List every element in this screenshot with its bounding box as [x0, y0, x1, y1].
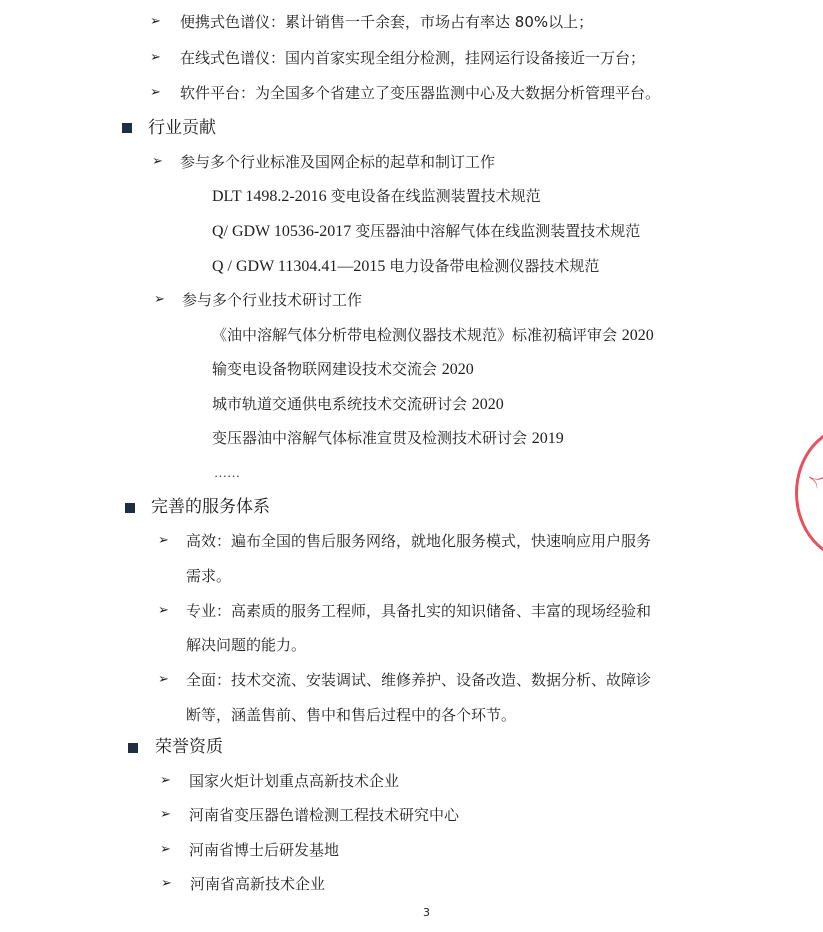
standard-name: 变电设备在线监测装置技术规范	[331, 187, 541, 205]
arrow-bullet-icon: ➢	[154, 290, 165, 310]
standard-item: Q/ GDW 10536-2017 变压器油中溶解气体在线监测装置技术规范	[212, 221, 640, 242]
arrow-bullet-icon: ➢	[160, 840, 171, 860]
arrow-bullet-icon: ➢	[158, 670, 169, 690]
square-bullet-icon	[125, 503, 135, 513]
company-seal-stamp	[795, 425, 823, 561]
arrow-bullet-icon: ➢	[150, 48, 161, 68]
seminars-heading: 参与多个行业技术研讨工作	[182, 290, 362, 310]
square-bullet-icon	[128, 743, 138, 753]
standards-heading: 参与多个行业标准及国网企标的起草和制订工作	[180, 152, 495, 172]
standard-name: 电力设备带电检测仪器技术规范	[389, 257, 599, 275]
seminar-year: 2019	[532, 430, 564, 447]
seminar-item: 城市轨道交通供电系统技术交流研讨会 2020	[212, 394, 504, 415]
honor-item: 国家火炬计划重点高新技术企业	[189, 771, 399, 791]
seminar-item: 《油中溶解气体分析带电检测仪器技术规范》标准初稿评审会 2020	[212, 325, 654, 346]
seminar-name: 城市轨道交通供电系统技术交流研讨会	[212, 395, 472, 413]
seminar-name: 变压器油中溶解气体标准宣贯及检测技术研讨会	[212, 429, 532, 447]
honor-item: 河南省高新技术企业	[190, 874, 325, 894]
service-item-comprehensive: 全面：技术交流、安装调试、维修养护、设备改造、数据分析、故障诊	[186, 670, 651, 690]
intro-bullet-portable: 便携式色谱仪：累计销售一千余套，市场占有率达 80%以上；	[180, 12, 593, 32]
ellipsis: ……	[214, 463, 240, 483]
seminar-item: 输变电设备物联网建设技术交流会 2020	[212, 359, 474, 380]
service-item-efficient: 高效：遍布全国的售后服务网络，就地化服务模式，快速响应用户服务	[186, 531, 651, 551]
standard-item: DLT 1498.2-2016 变电设备在线监测装置技术规范	[212, 186, 541, 207]
intro-bullet-software: 软件平台：为全国多个省建立了变压器监测中心及大数据分析管理平台。	[180, 83, 660, 103]
seminar-year: 2020	[472, 396, 504, 413]
square-bullet-icon	[122, 123, 132, 133]
service-item-professional-cont: 解决问题的能力。	[186, 635, 306, 655]
standard-code: Q / GDW 11304.41—2015	[212, 258, 389, 275]
intro-bullet-online: 在线式色谱仪：国内首家实现全组分检测，挂网运行设备接近一万台；	[180, 48, 645, 68]
arrow-bullet-icon: ➢	[160, 805, 171, 825]
section-title-industry: 行业贡献	[148, 117, 216, 139]
service-item-comprehensive-cont: 断等，涵盖售前、售中和售后过程中的各个环节。	[186, 705, 516, 725]
service-item-professional: 专业：高素质的服务工程师，具备扎实的知识储备、丰富的现场经验和	[186, 601, 651, 621]
section-title-service: 完善的服务体系	[151, 496, 270, 518]
arrow-bullet-icon: ➢	[150, 83, 161, 103]
seminar-year: 2020	[442, 361, 474, 378]
section-title-honors: 荣誉资质	[155, 736, 223, 758]
seminar-name: 《油中溶解气体分析带电检测仪器技术规范》标准初稿评审会	[212, 326, 622, 344]
standard-item: Q / GDW 11304.41—2015 电力设备带电检测仪器技术规范	[212, 256, 599, 277]
seminar-name: 输变电设备物联网建设技术交流会	[212, 360, 442, 378]
seminar-item: 变压器油中溶解气体标准宣贯及检测技术研讨会 2019	[212, 428, 564, 449]
standard-name: 变压器油中溶解气体在线监测装置技术规范	[355, 222, 640, 240]
service-item-efficient-cont: 需求。	[186, 566, 231, 586]
arrow-bullet-icon: ➢	[160, 771, 171, 791]
arrow-bullet-icon: ➢	[161, 874, 172, 894]
standard-code: DLT 1498.2-2016	[212, 188, 331, 205]
standard-code: Q/ GDW 10536-2017	[212, 223, 355, 240]
arrow-bullet-icon: ➢	[150, 12, 161, 32]
arrow-bullet-icon: ➢	[152, 152, 163, 172]
honor-item: 河南省变压器色谱检测工程技术研究中心	[189, 805, 459, 825]
seminar-year: 2020	[622, 327, 654, 344]
honor-item: 河南省博士后研发基地	[189, 840, 339, 860]
page-number: 3	[423, 906, 430, 919]
arrow-bullet-icon: ➢	[158, 531, 169, 551]
arrow-bullet-icon: ➢	[158, 601, 169, 621]
